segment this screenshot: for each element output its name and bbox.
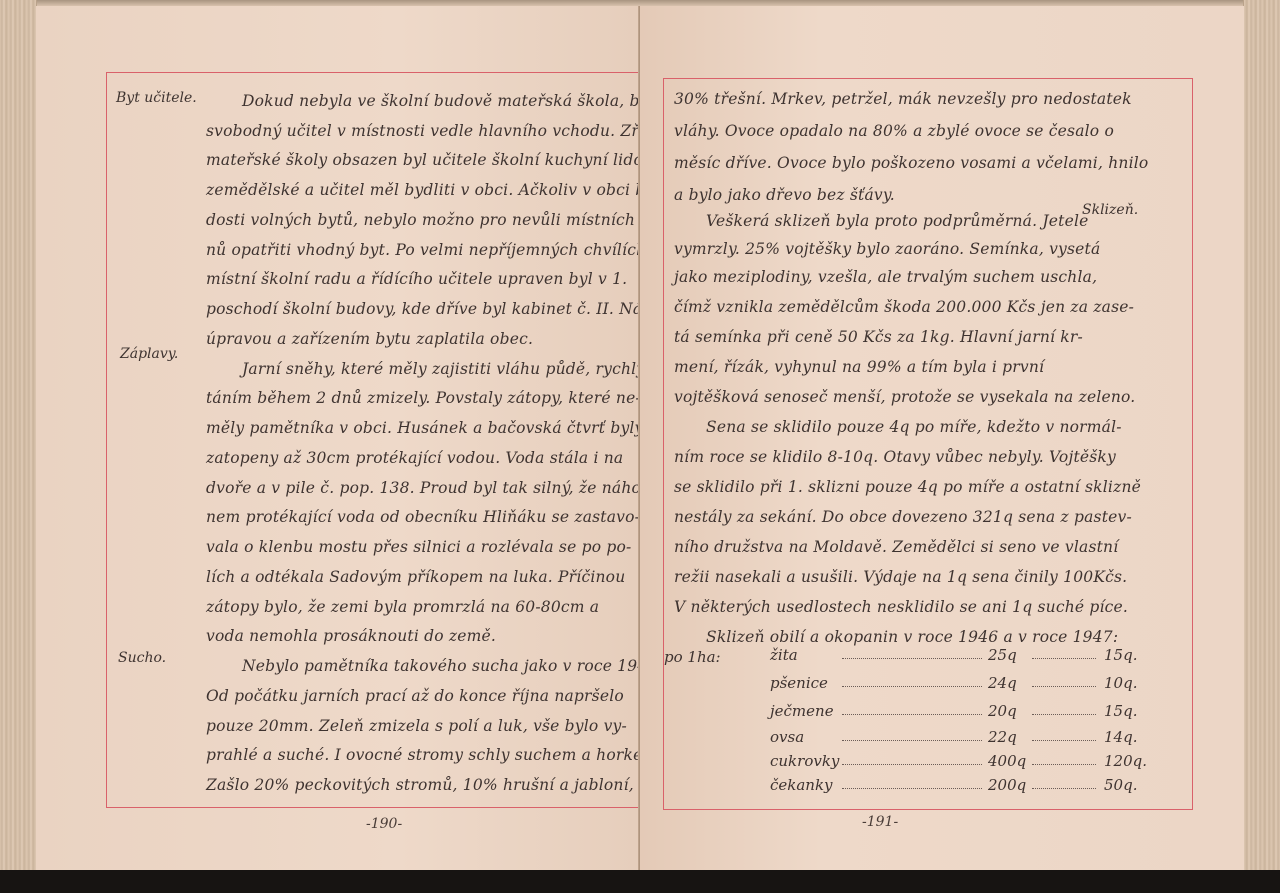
text-line: pouze 20mm. Zeleň zmizela s polí a luk, … xyxy=(206,717,627,735)
crop-name: cukrovky xyxy=(770,752,839,770)
text-line: se sklidilo při 1. sklizni pouze 4q po m… xyxy=(674,478,1141,496)
text-line: jako meziplodiny, vzešla, ale trvalým su… xyxy=(674,268,1097,286)
text-line: a bylo jako dřevo bez šťávy. xyxy=(674,186,895,204)
text-line: místní školní radu a řídícího učitele up… xyxy=(206,270,627,288)
text-line: mení, řízák, vyhynul na 99% a tím byla i… xyxy=(674,358,1044,376)
harvest-row: ječmene 20q 15q. xyxy=(770,702,1150,724)
open-book: Byt učitele. Záplavy. Sucho. Dokud nebyl… xyxy=(0,0,1280,870)
dot-leader xyxy=(1032,788,1096,789)
yield-1946: 20q xyxy=(988,702,1017,720)
harvest-row-label: po 1ha: xyxy=(664,648,721,666)
text-line: měly pamětníka v obci. Husánek a bačovsk… xyxy=(206,419,644,437)
yield-1947: 50q. xyxy=(1104,776,1137,794)
text-line: Veškerá sklizeň byla proto podprůměrná. … xyxy=(706,212,1088,230)
text-line: měsíc dříve. Ovoce bylo poškozeno vosami… xyxy=(674,154,1148,172)
text-line: zatopeny až 30cm protékající vodou. Voda… xyxy=(206,449,623,467)
text-line: lích a odtékala Sadovým příkopem na luka… xyxy=(206,568,625,586)
dot-leader xyxy=(1032,686,1096,687)
margin-note-byt-ucitele: Byt učitele. xyxy=(116,90,197,106)
dot-leader xyxy=(842,788,982,789)
text-line: voda nemohla prosáknouti do země. xyxy=(206,627,496,645)
crop-name: žita xyxy=(770,646,798,664)
text-line: režii nasekali a usušili. Výdaje na 1q s… xyxy=(674,568,1127,586)
left-page-stack xyxy=(0,0,37,870)
right-page-stack xyxy=(1243,0,1280,870)
yield-1946: 400q xyxy=(988,752,1026,770)
text-line: čímž vznikla zemědělcům škoda 200.000 Kč… xyxy=(674,298,1134,316)
margin-note-zaplavy: Záplavy. xyxy=(120,346,178,362)
crop-name: ovsa xyxy=(770,728,804,746)
yield-1947: 15q. xyxy=(1104,702,1137,720)
dot-leader xyxy=(1032,764,1096,765)
left-page: Byt učitele. Záplavy. Sucho. Dokud nebyl… xyxy=(36,6,640,870)
text-line: Od počátku jarních prací až do konce říj… xyxy=(206,687,624,705)
text-line: tá semínka při ceně 50 Kčs za 1kg. Hlavn… xyxy=(674,328,1083,346)
yield-1947: 14q. xyxy=(1104,728,1137,746)
text-line: Sklizeň obilí a okopanin v roce 1946 a v… xyxy=(706,628,1118,646)
dot-leader xyxy=(842,740,982,741)
text-line: Sena se sklidilo pouze 4q po míře, kdežt… xyxy=(706,418,1122,436)
text-line: ním roce se klidilo 8-10q. Otavy vůbec n… xyxy=(674,448,1116,466)
yield-1946: 22q xyxy=(988,728,1017,746)
dot-leader xyxy=(842,686,982,687)
text-line: prahlé a suché. I ovocné stromy schly su… xyxy=(206,746,663,764)
dot-leader xyxy=(1032,740,1096,741)
crop-name: čekanky xyxy=(770,776,833,794)
margin-note-sucho: Sucho. xyxy=(118,650,166,666)
text-line: Nebylo pamětníka takového sucha jako v r… xyxy=(242,657,663,675)
dot-leader xyxy=(842,764,982,765)
text-line: nů opatřiti vhodný byt. Po velmi nepříje… xyxy=(206,241,679,259)
right-page: Sklizeň. 30% třešní. Mrkev, petržel, mák… xyxy=(640,6,1244,870)
text-line: Jarní sněhy, které měly zajistiti vláhu … xyxy=(242,360,660,378)
harvest-row: žita 25q 15q. xyxy=(770,646,1150,668)
yield-1947: 15q. xyxy=(1104,646,1137,664)
harvest-row: ovsa 22q 14q. xyxy=(770,728,1150,750)
crop-name: pšenice xyxy=(770,674,828,692)
text-line: Dokud nebyla ve školní budově mateřská š… xyxy=(242,92,678,110)
text-line: dosti volných bytů, nebylo možno pro nev… xyxy=(206,211,684,229)
text-line: zemědělské a učitel měl bydliti v obci. … xyxy=(206,181,669,199)
book-bottom-shadow xyxy=(0,870,1280,893)
margin-note-sklizen: Sklizeň. xyxy=(1082,202,1138,218)
yield-1946: 25q xyxy=(988,646,1017,664)
text-line: ního družstva na Moldavě. Zemědělci si s… xyxy=(674,538,1118,556)
crop-name: ječmene xyxy=(770,702,834,720)
text-line: vala o klenbu mostu přes silnici a rozlé… xyxy=(206,538,631,556)
text-line: nem protékající voda od obecníku Hliňáku… xyxy=(206,508,640,526)
text-line: zátopy bylo, že zemi byla promrzlá na 60… xyxy=(206,598,599,616)
text-line: vojtěšková senoseč menší, protože se vys… xyxy=(674,388,1135,406)
text-line: svobodný učitel v místnosti vedle hlavní… xyxy=(206,122,692,140)
page-number-right: -191- xyxy=(862,814,898,830)
yield-1946: 24q xyxy=(988,674,1017,692)
dot-leader xyxy=(842,714,982,715)
text-line: vymrzly. 25% vojtěšky bylo zaoráno. Semí… xyxy=(674,240,1100,258)
text-line: nestály za sekání. Do obce dovezeno 321q… xyxy=(674,508,1132,526)
text-line: táním během 2 dnů zmizely. Povstaly záto… xyxy=(206,389,641,407)
dot-leader xyxy=(842,658,982,659)
text-line: 30% třešní. Mrkev, petržel, mák nevzešly… xyxy=(674,90,1132,108)
text-line: Zašlo 20% peckovitých stromů, 10% hrušní… xyxy=(206,776,634,794)
yield-1947: 120q. xyxy=(1104,752,1147,770)
text-line: úpravou a zařízením bytu zaplatila obec. xyxy=(206,330,533,348)
text-line: dvoře a v pile č. pop. 138. Proud byl ta… xyxy=(206,479,647,497)
text-line: vláhy. Ovoce opadalo na 80% a zbylé ovoc… xyxy=(674,122,1114,140)
text-line: V některých usedlostech nesklidilo se an… xyxy=(674,598,1128,616)
dot-leader xyxy=(1032,658,1096,659)
harvest-row: cukrovky 400q 120q. xyxy=(770,752,1150,774)
harvest-row: pšenice 24q 10q. xyxy=(770,674,1150,696)
text-line: mateřské školy obsazen byl učitele školn… xyxy=(206,151,708,169)
page-number-left: -190- xyxy=(366,816,402,832)
harvest-row: čekanky 200q 50q. xyxy=(770,776,1150,798)
text-line: poschodí školní budovy, kde dříve byl ka… xyxy=(206,300,677,318)
yield-1947: 10q. xyxy=(1104,674,1137,692)
dot-leader xyxy=(1032,714,1096,715)
yield-1946: 200q xyxy=(988,776,1026,794)
